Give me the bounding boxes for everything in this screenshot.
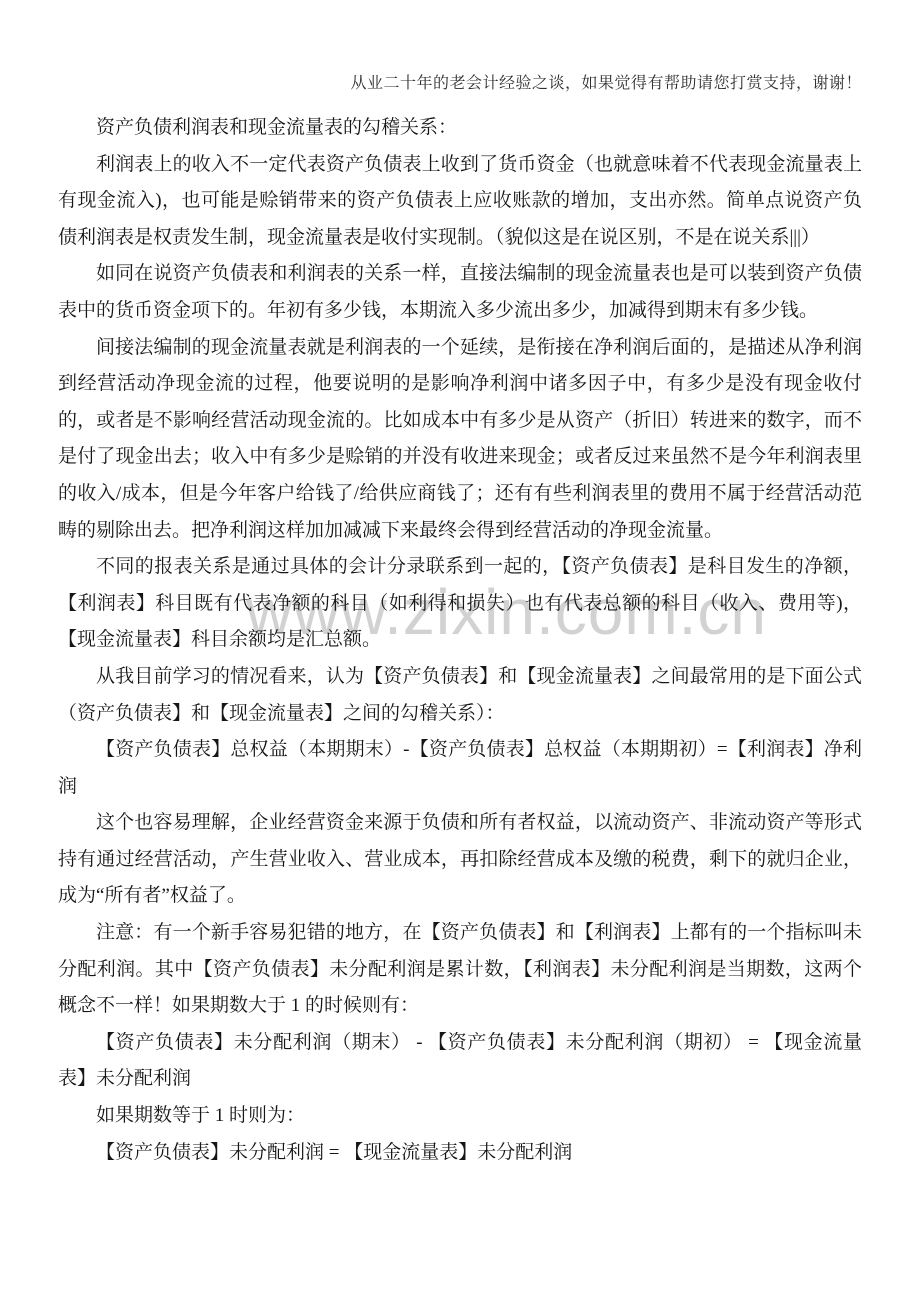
paragraph-notice-undistributed-profit: 注意：有一个新手容易犯错的地方，在【资产负债表】和【利润表】上都有的一个指标叫未… — [58, 915, 862, 1025]
paragraph-report-relations: 不同的报表关系是通过具体的会计分录联系到一起的，【资产负债表】是科目发生的净额，… — [58, 549, 862, 659]
paragraph-explanation: 这个也容易理解，企业经营资金来源于负债和所有者权益，以流动资产、非流动资产等形式… — [58, 805, 862, 915]
document-title: 资产负债利润表和现金流量表的勾稽关系： — [58, 110, 862, 147]
paragraph-period-equals-one: 如果期数等于 1 时则为： — [58, 1098, 862, 1135]
paragraph-indirect-method: 间接法编制的现金流量表就是利润表的一个延续，是衔接在净利润后面的，是描述从净利润… — [58, 330, 862, 550]
paragraph-equality-formula: 【资产负债表】未分配利润 = 【现金流量表】未分配利润 — [58, 1135, 862, 1172]
paragraph-direct-method: 如同在说资产负债表和利润表的关系一样，直接法编制的现金流量表也是可以装到资产负债… — [58, 256, 862, 329]
paragraph-equity-formula: 【资产负债表】总权益（本期期末）-【资产负债表】总权益（本期期初）=【利润表】净… — [58, 732, 862, 805]
header-note: 从业二十年的老会计经验之谈，如果觉得有帮助请您打赏支持，谢谢！ — [350, 70, 862, 93]
paragraph-common-formula-intro: 从我目前学习的情况看来，认为【资产负债表】和【现金流量表】之间最常用的是下面公式… — [58, 659, 862, 732]
paragraph-income-vs-cash: 利润表上的收入不一定代表资产负债表上收到了货币资金（也就意味着不代表现金流量表上… — [58, 147, 862, 257]
paragraph-undistributed-profit-formula: 【资产负债表】未分配利润（期末） - 【资产负债表】未分配利润（期初） = 【现… — [58, 1025, 862, 1098]
document-body: 资产负债利润表和现金流量表的勾稽关系： 利润表上的收入不一定代表资产负债表上收到… — [58, 110, 862, 1171]
